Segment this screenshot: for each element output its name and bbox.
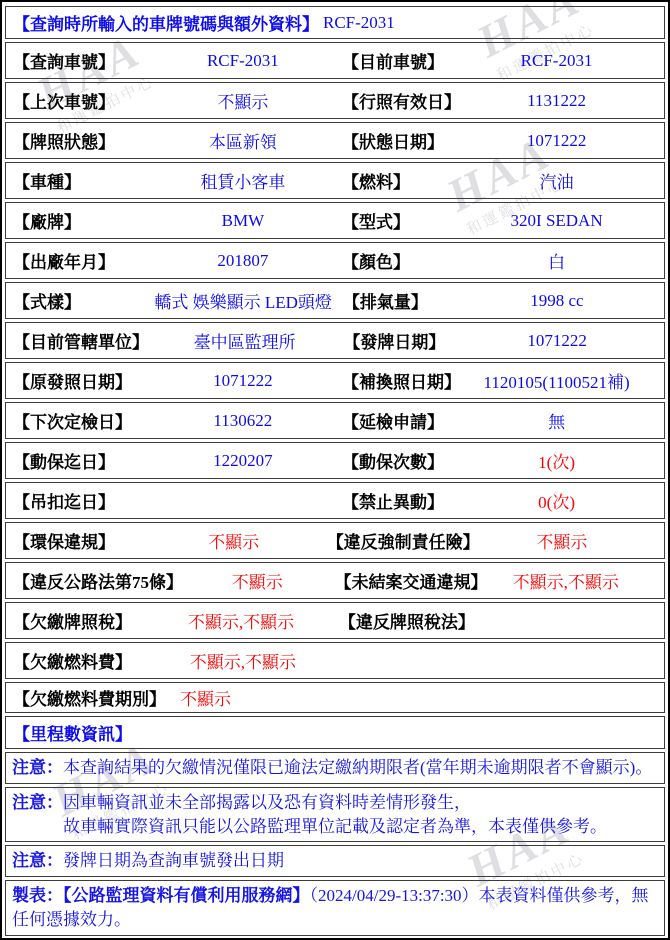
record-row-jurisdiction: 【目前管轄單位】 臺中區監理所 【發牌日期】 1071222 (5, 322, 665, 359)
field-label: 【違反公路法第75條】 (6, 563, 187, 598)
mileage-section-header: 【里程數資訊】 (5, 716, 665, 749)
field-value: 1130622 (151, 403, 335, 438)
field-label: 【排氣量】 (336, 283, 474, 318)
field-label: 【動保迄日】 (6, 443, 151, 478)
notice-prefix: 注意： (12, 758, 63, 777)
field-value (151, 483, 335, 518)
query-input-header: 【查詢時所輸入的車牌號碼與額外資料】 RCF-2031 (5, 6, 665, 39)
record-row-license-tax: 【欠繳牌照稅】 不顯示,不顯示 【違反牌照稅法】 (5, 602, 665, 639)
field-label: 【吊扣迄日】 (6, 483, 151, 518)
field-label: 【動保次數】 (335, 443, 473, 478)
field-value: 不顯示 (180, 685, 231, 710)
field-value: 轎式 娛樂顯示 LED頭燈 (150, 283, 336, 318)
notice-text: 本查詢結果的欠繳情況僅限已逾法定繳納期限者(當年期未逾期限者不會顯示)。 (63, 758, 652, 777)
field-value: 1(次) (473, 443, 664, 478)
field-label: 【車種】 (6, 163, 151, 198)
field-label: 【違反牌照稅法】 (332, 603, 479, 638)
field-value: 1071222 (473, 123, 664, 158)
notice-text-line2: 故車輛實際資訊只能以公路監理單位記載及認定者為準，本表僅供參考。 (12, 815, 658, 839)
record-row-manufacture-date: 【出廠年月】 201807 【顏色】 白 (5, 242, 665, 279)
notice-text: 發牌日期為查詢車號發出日期 (63, 851, 284, 870)
field-label: 【下次定檢日】 (6, 403, 151, 438)
record-row-license-status: 【牌照狀態】 本區新領 【狀態日期】 1071222 (5, 122, 665, 159)
field-value: RCF-2031 (151, 43, 335, 78)
field-value: 汽油 (473, 163, 664, 198)
field-label: 【未結案交通違規】 (328, 563, 492, 598)
record-row-style: 【式樣】 轎式 娛樂顯示 LED頭燈 【排氣量】 1998 cc (5, 282, 665, 319)
field-value: 1071222 (151, 363, 335, 398)
field-value: 不顯示,不顯示 (151, 643, 335, 678)
field-value: 1998 cc (474, 283, 664, 318)
record-row-next-inspection: 【下次定檢日】 1130622 【延檢申請】 無 (5, 402, 665, 439)
query-input-label: 【查詢時所輸入的車牌號碼與額外資料】 (13, 10, 319, 35)
field-label: 【違反強制責任險】 (320, 523, 484, 558)
field-value: 不顯示 (151, 83, 335, 118)
record-row-highway-act: 【違反公路法第75條】 不顯示 【未結案交通違規】 不顯示,不顯示 (5, 562, 665, 599)
field-label: 【欠繳燃料費】 (6, 643, 151, 678)
field-label: 【上次車號】 (6, 83, 151, 118)
field-label: 【延檢申請】 (335, 403, 473, 438)
field-label: 【式樣】 (6, 283, 150, 318)
field-label: 【型式】 (335, 203, 473, 238)
field-label: 【行照有效日】 (335, 83, 473, 118)
query-plate-number: RCF-2031 (323, 13, 395, 33)
field-label: 【顏色】 (335, 243, 473, 278)
notice-text: 因車輛資訊並未全部揭露以及恐有資料時差情形發生， (63, 793, 471, 812)
record-row-fuel-fee: 【欠繳燃料費】 不顯示,不顯示 (5, 642, 665, 679)
field-value: 不顯示,不顯示 (492, 563, 664, 598)
record-row-vehicle-type: 【車種】 租賃小客車 【燃料】 汽油 (5, 162, 665, 199)
record-row-original-license-date: 【原發照日期】 1071222 【補換照日期】 1120105(1100521補… (5, 362, 665, 399)
field-value (473, 643, 664, 678)
footer-prefix: 製表： (12, 886, 63, 905)
field-value: 不顯示 (187, 563, 328, 598)
field-label: 【目前管轄單位】 (6, 323, 153, 358)
field-label: 【環保違規】 (6, 523, 148, 558)
field-label: 【欠繳牌照稅】 (6, 603, 150, 638)
notice-issue-date: 注意：發牌日期為查詢車號發出日期 (5, 845, 665, 877)
record-row-chattel-mortgage: 【動保迄日】 1220207 【動保次數】 1(次) (5, 442, 665, 479)
field-label: 【禁止異動】 (335, 483, 473, 518)
vehicle-query-report: 【查詢時所輸入的車牌號碼與額外資料】 RCF-2031 【查詢車號】 RCF-2… (0, 0, 670, 940)
field-label: 【目前車號】 (335, 43, 473, 78)
report-footer: 製表：【公路監理資料有償利用服務網】（2024/04/29-13:37:30）本… (5, 880, 665, 936)
field-value: 不顯示 (148, 523, 320, 558)
field-value: 1220207 (151, 443, 335, 478)
field-value: 無 (473, 403, 664, 438)
field-label: 【原發照日期】 (6, 363, 151, 398)
record-row-brand: 【廠牌】 BMW 【型式】 320I SEDAN (5, 202, 665, 239)
field-value: 201807 (151, 243, 335, 278)
field-value: BMW (151, 203, 335, 238)
field-value: 1071222 (474, 323, 664, 358)
notice-prefix: 注意： (12, 851, 63, 870)
field-value: 臺中區監理所 (153, 323, 336, 358)
field-label: 【狀態日期】 (335, 123, 473, 158)
field-value: 不顯示 (484, 523, 664, 558)
field-label: 【補換照日期】 (335, 363, 473, 398)
field-value: 白 (473, 243, 664, 278)
field-value: RCF-2031 (473, 43, 664, 78)
field-value: 租賃小客車 (151, 163, 335, 198)
field-value: 本區新領 (151, 123, 335, 158)
notice-data-disclosure: 注意：因車輛資訊並未全部揭露以及恐有資料時差情形發生， 故車輛實際資訊只能以公路… (5, 787, 665, 843)
field-label: 【出廠年月】 (6, 243, 151, 278)
field-value: 320I SEDAN (473, 203, 664, 238)
field-label: 【欠繳燃料費期別】 (13, 685, 166, 710)
record-row-suspension: 【吊扣迄日】 【禁止異動】 0(次) (5, 482, 665, 519)
field-value: 不顯示,不顯示 (150, 603, 332, 638)
field-value (479, 603, 664, 638)
record-row-fuel-fee-period: 【欠繳燃料費期別】 不顯示 (5, 682, 665, 713)
record-row-env-violation: 【環保違規】 不顯示 【違反強制責任險】 不顯示 (5, 522, 665, 559)
footer-source-site: 【公路監理資料有償利用服務網】 (63, 886, 310, 905)
field-label: 【廠牌】 (6, 203, 151, 238)
record-row-plate: 【查詢車號】 RCF-2031 【目前車號】 RCF-2031 (5, 42, 665, 79)
field-value: 1120105(1100521補) (473, 363, 664, 398)
field-label: 【查詢車號】 (6, 43, 151, 78)
field-label: 【發牌日期】 (336, 323, 474, 358)
field-label (335, 643, 473, 678)
field-value: 1131222 (473, 83, 664, 118)
record-row-prev-plate: 【上次車號】 不顯示 【行照有效日】 1131222 (5, 82, 665, 119)
field-label: 【燃料】 (335, 163, 473, 198)
mileage-section-label: 【里程數資訊】 (13, 720, 132, 745)
field-label: 【牌照狀態】 (6, 123, 151, 158)
notice-prefix: 注意： (12, 793, 63, 812)
field-value: 0(次) (473, 483, 664, 518)
notice-overdue-scope: 注意：本查詢結果的欠繳情況僅限已逾法定繳納期限者(當年期未逾期限者不會顯示)。 (5, 752, 665, 784)
